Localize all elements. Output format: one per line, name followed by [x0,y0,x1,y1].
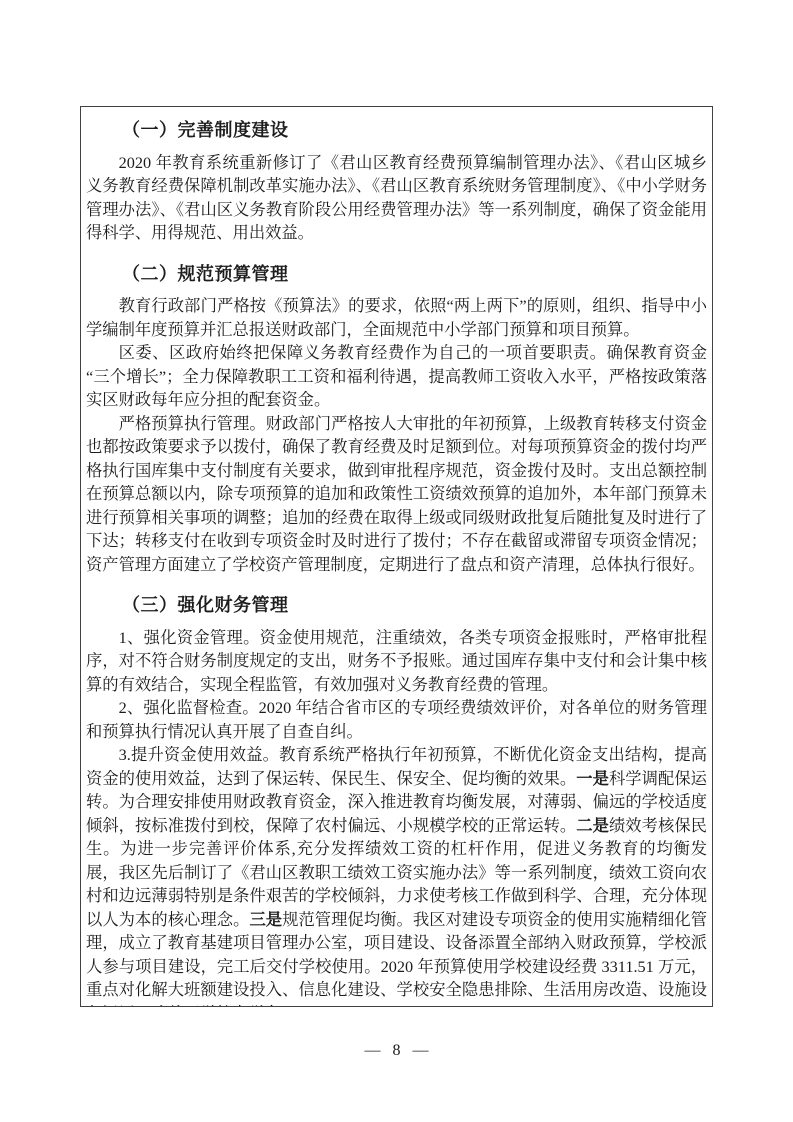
text-run: 2020 年教育系统重新修订了《君山区教育经费预算编制管理办法》、《君山区城乡义… [86,153,707,243]
text-run: 区委、区政府始终把保障义务教育经费作为自己的一项首要职责。确保教育资金“三个增长… [86,343,707,409]
paragraph: 区委、区政府始终把保障义务教育经费作为自己的一项首要职责。确保教育资金“三个增长… [86,341,707,412]
text-run: 教育行政部门严格按《预算法》的要求，依照“两上两下”的原则，组织、指导中小学编制… [86,296,707,339]
emphasis-run: 一是 [576,769,609,788]
paragraph: 严格预算执行管理。财政部门严格按人大审批的年初预算，上级教育转移支付资金也都按政… [86,412,707,577]
page-footer: — 8 — [0,1042,793,1060]
paragraph: 教育行政部门严格按《预算法》的要求，依照“两上两下”的原则，组织、指导中小学编制… [86,294,707,341]
text-run: 2、强化监督检查。2020 年结合省市区的专项经费绩效评价，对各单位的财务管理和… [86,698,707,741]
paragraph: 2020 年教育系统重新修订了《君山区教育经费预算编制管理办法》、《君山区城乡义… [86,151,707,245]
paragraph: 3.提升资金使用效益。教育系统严格执行年初预算，不断优化资金支出结构，提高资金的… [86,743,707,1007]
emphasis-run: 三是 [249,910,282,929]
emphasis-run: 二是 [576,816,609,835]
text-run: 严格预算执行管理。财政部门严格按人大审批的年初预算，上级教育转移支付资金也都按政… [86,414,707,574]
section-heading: （一）完善制度建设 [86,119,707,143]
page-border-frame: （一）完善制度建设2020 年教育系统重新修订了《君山区教育经费预算编制管理办法… [80,106,713,1007]
page-number: — 8 — [365,1042,429,1059]
text-run: 1、强化资金管理。资金使用规范，注重绩效，各类专项资金报账时，严格审批程序，对不… [86,628,707,694]
section-heading: （三）强化财务管理 [86,594,707,618]
section-heading: （二）规范预算管理 [86,263,707,287]
document-page: （一）完善制度建设2020 年教育系统重新修订了《君山区教育经费预算编制管理办法… [0,0,793,1122]
document-body: （一）完善制度建设2020 年教育系统重新修订了《君山区教育经费预算编制管理办法… [86,119,707,1007]
paragraph: 1、强化资金管理。资金使用规范，注重绩效，各类专项资金报账时，严格审批程序，对不… [86,626,707,697]
paragraph: 2、强化监督检查。2020 年结合省市区的专项经费绩效评价，对各单位的财务管理和… [86,696,707,743]
